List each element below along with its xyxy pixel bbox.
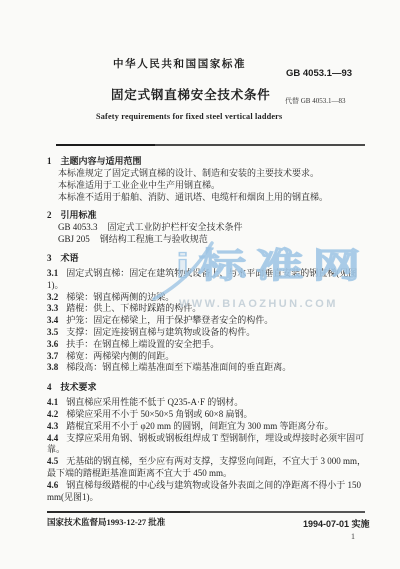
paragraph: 本标准不适用于船舶、消防、通讯塔、电缆杆和烟囱上用的钢直梯。 (47, 191, 367, 203)
clause-text: 支撑：固定连接钢直梯与建筑物或设备的构件。 (66, 327, 255, 337)
terms-list: 3.1固定式钢直梯：固定在建筑物或设备上、与水平面垂直安装的钢直梯(见图1)。 … (47, 268, 367, 374)
reference-name: 钢结构工程施工与验收规范 (100, 234, 208, 244)
clause-number: 4.4 (47, 433, 58, 443)
clause: 4.1钢直梯应采用性能不低于 Q235-A·F 的钢材。 (47, 397, 367, 409)
clause: 4.6钢直梯每级踏棍的中心线与建筑物或设备外表面之间的净距离不得小于 150 m… (47, 480, 367, 504)
section-number: 1 (47, 156, 52, 166)
section-2-heading: 2引用标准 (47, 209, 367, 221)
footer-divider (47, 511, 365, 513)
clause: 3.3踏棍：供上、下梯时踩踏的构件。 (47, 303, 367, 315)
clause-number: 3.2 (47, 292, 58, 302)
clause-text: 支撑应采用角钢、钢板或钢板组焊成 T 型钢制作，埋设或焊接时必须牢固可靠。 (47, 433, 364, 455)
clause-text: 梯梁：钢直梯两侧的边梁。 (66, 292, 174, 302)
clause-number: 3.5 (47, 327, 58, 337)
clause-number: 4.3 (47, 421, 58, 431)
header-divider (56, 144, 365, 146)
clause-text: 钢直梯应采用性能不低于 Q235-A·F 的钢材。 (66, 397, 243, 407)
clause-number: 3.7 (47, 351, 58, 361)
section-number: 4 (47, 382, 52, 392)
document-page: 中华人民共和国国家标准 GB 4053.1—93 固定式钢直梯安全技术条件 代替… (0, 0, 400, 569)
clause-number: 4.5 (47, 456, 58, 466)
clause: 4.5无基础的钢直梯，至少应有两对支撑，支撑竖向间距，不宜大于 3 000 mm… (47, 456, 367, 480)
clause: 3.4护笼：固定在梯梁上，用于保护攀登者安全的构件。 (47, 315, 367, 327)
clause: 3.1固定式钢直梯：固定在建筑物或设备上、与水平面垂直安装的钢直梯(见图1)。 (47, 268, 367, 292)
page-number: 1 (351, 532, 359, 541)
paragraph: 本标准规定了固定式钢直梯的设计、制造和安装的主要技术要求。 (47, 167, 367, 179)
approval-line: 国家技术监督局1993-12-27 批准 (47, 516, 165, 528)
clause-number: 3.4 (47, 315, 58, 325)
reference-code: GB 4053.3 (58, 222, 98, 232)
reference-name: 固定式工业防护栏杆安全技术条件 (108, 222, 243, 232)
page-title-english: Safety requirements for fixed steel vert… (96, 112, 282, 121)
section-title: 技术要求 (61, 382, 97, 392)
clause: 3.2梯梁：钢直梯两侧的边梁。 (47, 292, 367, 304)
clause: 3.8梯段高：钢直梯上端基准面至下端基准面间的垂直距离。 (47, 362, 367, 374)
section-title: 术语 (61, 253, 79, 263)
requirements-list: 4.1钢直梯应采用性能不低于 Q235-A·F 的钢材。 4.2梯梁应采用不小于… (47, 397, 367, 503)
standard-org-line: 中华人民共和国国家标准 (113, 56, 246, 71)
clause: 3.7梯宽：两梯梁内侧的间距。 (47, 351, 367, 363)
clause-text: 钢直梯每级踏棍的中心线与建筑物或设备外表面之间的净距离不得小于 150 mm(见… (47, 480, 361, 502)
clause-text: 梯宽：两梯梁内侧的间距。 (66, 351, 174, 361)
section-title: 主题内容与适用范围 (61, 156, 142, 166)
clause-number: 4.1 (47, 397, 58, 407)
clause-number: 3.1 (47, 268, 58, 278)
reference-item: GB 4053.3固定式工业防护栏杆安全技术条件 (47, 221, 367, 233)
clause: 4.4支撑应采用角钢、钢板或钢板组焊成 T 型钢制作，埋设或焊接时必须牢固可靠。 (47, 433, 367, 457)
clause-number: 3.3 (47, 303, 58, 313)
clause-text: 扶手：在钢直梯上端设置的安全把手。 (66, 339, 219, 349)
clause-text: 踏棍宜采用不小于 φ20 mm 的圆钢，间距宜为 300 mm 等距离分布。 (66, 421, 333, 431)
paragraph: 本标准适用于工业企业中生产用钢直梯。 (47, 179, 367, 191)
clause-text: 踏棍：供上、下梯时踩踏的构件。 (66, 303, 201, 313)
clause-text: 无基础的钢直梯，至少应有两对支撑，支撑竖向间距，不宜大于 3 000 mm，最下… (47, 456, 366, 478)
clause-number: 3.6 (47, 339, 58, 349)
clause-number: 4.2 (47, 409, 58, 419)
clause-text: 固定式钢直梯：固定在建筑物或设备上、与水平面垂直安装的钢直梯(见图1)。 (47, 268, 357, 290)
clause-number: 4.6 (47, 480, 58, 490)
reference-item: GBJ 205钢结构工程施工与验收规范 (47, 233, 367, 245)
clause: 3.6扶手：在钢直梯上端设置的安全把手。 (47, 339, 367, 351)
clause-text: 梯段高：钢直梯上端基准面至下端基准面间的垂直距离。 (66, 362, 291, 372)
section-title: 引用标准 (61, 210, 97, 220)
page-title: 固定式钢直梯安全技术条件 (111, 85, 271, 103)
clause: 3.5支撑：固定连接钢直梯与建筑物或设备的构件。 (47, 327, 367, 339)
section-4-heading: 4技术要求 (47, 381, 367, 393)
standard-number: GB 4053.1—93 (286, 68, 352, 79)
document-body: 1主题内容与适用范围 本标准规定了固定式钢直梯的设计、制造和安装的主要技术要求。… (47, 152, 367, 503)
clause: 4.3踏棍宜采用不小于 φ20 mm 的圆钢，间距宜为 300 mm 等距离分布… (47, 421, 367, 433)
section-3-heading: 3术语 (47, 252, 367, 264)
section-number: 3 (47, 253, 52, 263)
clause-number: 3.8 (47, 362, 58, 372)
section-number: 2 (47, 210, 52, 220)
clause-text: 梯梁应采用不小于 50×50×5 角钢或 60×8 扁钢。 (66, 409, 252, 419)
implementation-date: 1994-07-01 实施 (303, 517, 370, 530)
replaces-note: 代替 GB 4053.1—83 (285, 96, 345, 106)
reference-code: GBJ 205 (58, 234, 90, 244)
clause: 4.2梯梁应采用不小于 50×50×5 角钢或 60×8 扁钢。 (47, 409, 367, 421)
section-1-heading: 1主题内容与适用范围 (47, 155, 367, 167)
clause-text: 护笼：固定在梯梁上，用于保护攀登者安全的构件。 (66, 315, 273, 325)
